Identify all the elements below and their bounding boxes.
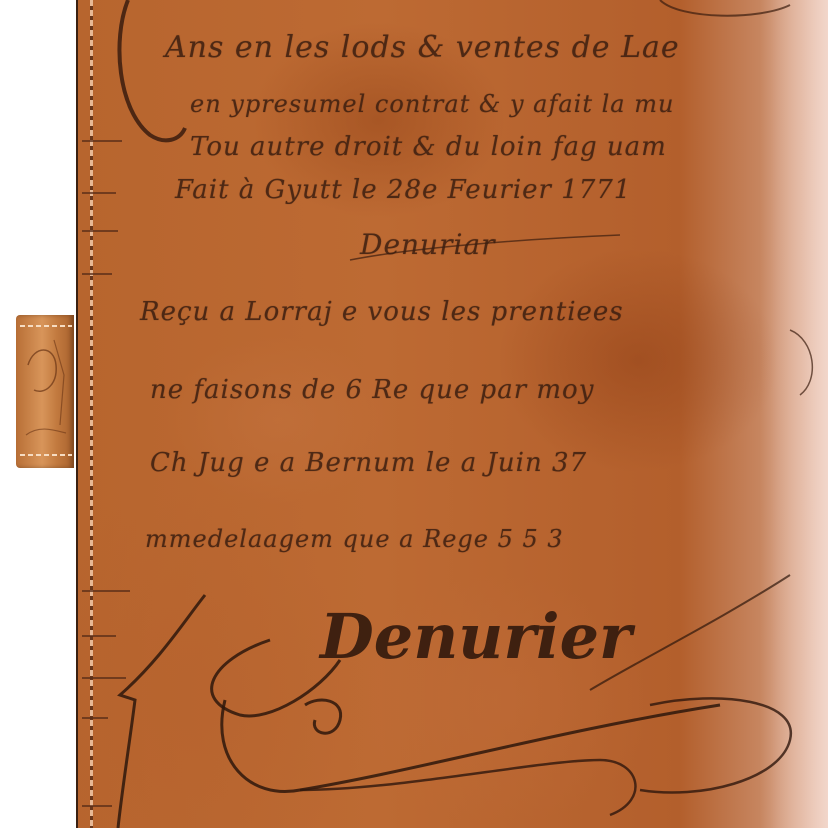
photo-scene: Ans en les lods & ventes de Lae en ypres… — [0, 0, 828, 828]
script-line-5-name: Denuriar — [360, 228, 496, 261]
engraved-script: Ans en les lods & ventes de Lae en ypres… — [0, 0, 828, 828]
script-line-3: Tou autre droit & du loin fag uam — [190, 132, 667, 162]
script-line-1: Ans en les lods & ventes de Lae — [165, 30, 680, 65]
script-line-8: Ch Jug e a Bernum le a Juin 37 — [150, 448, 587, 478]
script-line-9: mmedelaagem que a Rege 5 5 3 — [145, 525, 564, 553]
script-line-4: Fait à Gyutt le 28e Feurier 1771 — [175, 175, 631, 205]
signature: Denurier — [320, 600, 632, 673]
script-line-2: en ypresumel contrat & y afait la mu — [190, 90, 674, 118]
script-flourishes — [0, 0, 828, 828]
script-line-6: Reçu a Lorraj e vous les prentiees — [140, 297, 624, 327]
script-line-7: ne faisons de 6 Re que par moy — [150, 375, 594, 405]
